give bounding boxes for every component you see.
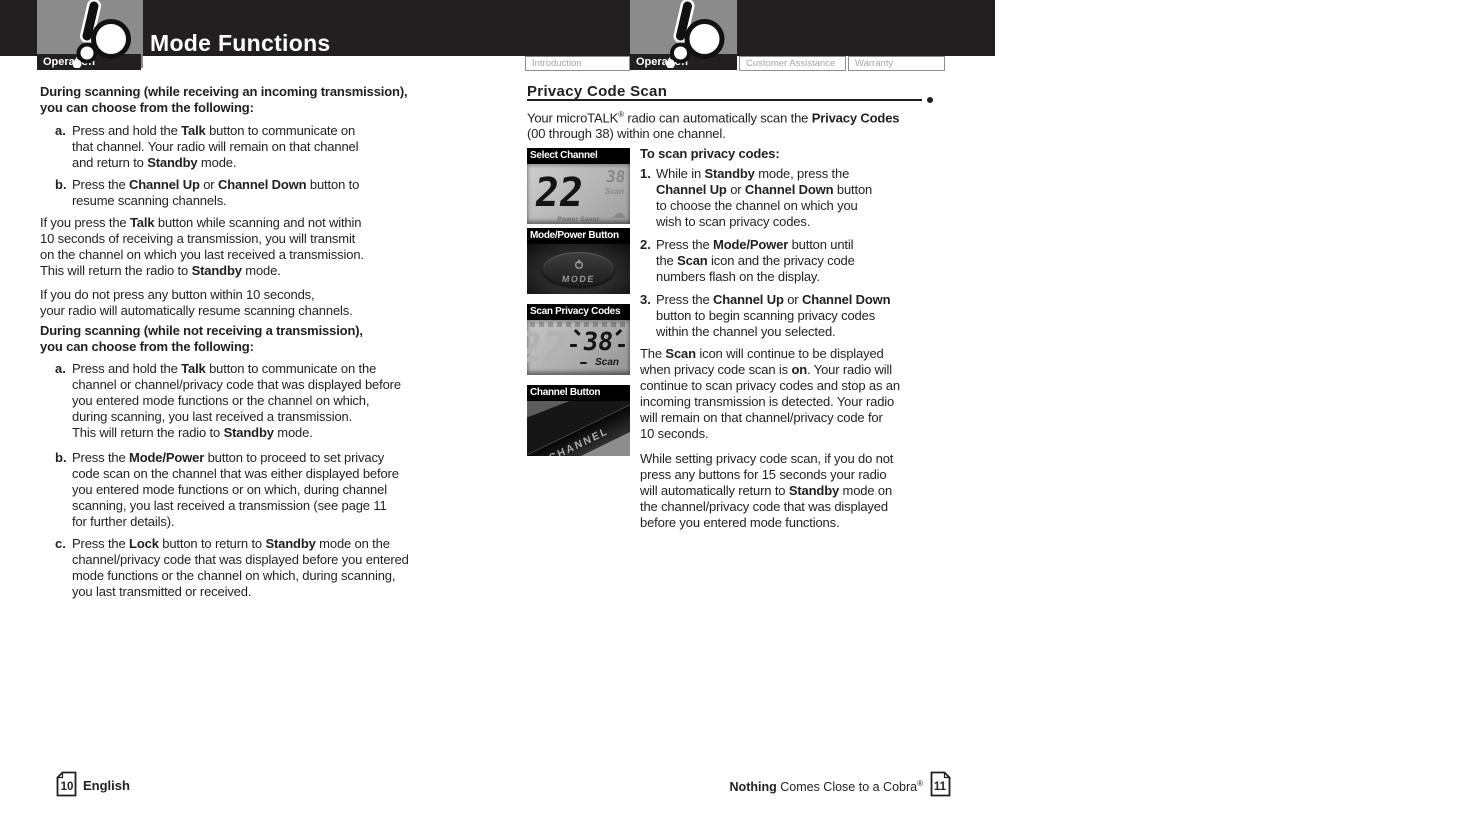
list-item-b: b. Press the Mode/Power button to procee… [55, 450, 470, 530]
step-text: Press the Channel Up or Channel Down but… [656, 292, 962, 340]
flash-tick [615, 329, 622, 336]
page-number: 11 [934, 781, 947, 793]
lead-paragraph: During scanning (while receiving an inco… [40, 84, 480, 116]
heading-bullet [927, 97, 933, 103]
paragraph: While setting privacy code scan, if you … [640, 451, 970, 531]
paragraph: If you press the Talk button while scann… [40, 215, 480, 279]
list-item-text: Press and hold the Talk button to commun… [72, 361, 470, 441]
figure-mode-power-button: Mode/Power Button MODE [527, 228, 630, 294]
scan-indicator: Scan [595, 357, 619, 368]
step-text: Press the Mode/Power button until the Sc… [656, 237, 962, 285]
figure-label: Mode/Power Button [527, 228, 630, 244]
lcd-display: 22 38 Scan ☁ Power Saver [527, 164, 630, 224]
step-marker: 2. [640, 237, 651, 253]
step-1: 1. While in Standby mode, press the Chan… [640, 166, 962, 230]
figure-select-channel: Select Channel 22 38 Scan ☁ Power Saver [527, 148, 630, 224]
paragraph: The Scan icon will continue to be displa… [640, 346, 970, 442]
list-item-text: Press the Mode/Power button to proceed t… [72, 450, 470, 530]
list-item-text: Press the Lock button to return to Stand… [72, 536, 470, 600]
privacy-code-digits: 38 [581, 329, 614, 354]
step-text: While in Standby mode, press the Channel… [656, 166, 962, 230]
photo-wedge [527, 401, 575, 419]
cobra-logo-icon [37, 0, 143, 68]
privacy-code-digits: 38 [605, 169, 626, 185]
language-label: English [83, 778, 130, 793]
steps-heading: To scan privacy codes: [640, 146, 960, 162]
flash-tick [570, 344, 577, 347]
list-marker: c. [55, 536, 66, 552]
step-marker: 1. [640, 166, 651, 182]
power-icon [574, 259, 584, 269]
list-item-a: a. Press and hold the Talk button to com… [55, 123, 460, 171]
heading-rule [527, 99, 922, 101]
mode-button-label: MODE [542, 274, 614, 284]
figure-label: Channel Button [527, 385, 630, 401]
list-marker: b. [55, 450, 67, 466]
lcd-display: 22 38 Scan [527, 320, 630, 375]
mode-power-button: MODE [543, 252, 614, 286]
step-3: 3. Press the Channel Up or Channel Down … [640, 292, 962, 340]
channel-digits: 22 [533, 173, 586, 213]
lead-paragraph: During scanning (while not receiving a t… [40, 323, 480, 355]
step-marker: 3. [640, 292, 651, 308]
figure-scan-privacy-codes: Scan Privacy Codes 22 38 Scan [527, 304, 630, 375]
intro-paragraph: Your microTALK® radio can automatically … [527, 107, 962, 142]
tab-introduction: Introduction [525, 56, 630, 71]
list-marker: b. [55, 177, 67, 193]
button-photo: ◀ CHANNEL [527, 401, 630, 456]
button-photo: MODE [527, 244, 630, 294]
flash-tick [574, 329, 581, 336]
cobra-logo-icon [630, 0, 737, 68]
page-number-icon: 11 [930, 771, 951, 797]
list-item-c: c. Press the Lock button to return to St… [55, 536, 470, 600]
page-number-icon: 10 [56, 771, 77, 797]
step-2: 2. Press the Mode/Power button until the… [640, 237, 962, 285]
paragraph: If you do not press any button within 10… [40, 287, 480, 319]
list-marker: a. [55, 361, 66, 377]
tab-warranty: Warranty [848, 56, 945, 71]
list-item-text: Press the Channel Up or Channel Down but… [72, 177, 460, 209]
power-saver-label: Power Saver [527, 216, 630, 223]
section-heading: Privacy Code Scan [527, 83, 667, 100]
footer-tagline: Nothing Comes Close to a Cobra® [640, 779, 923, 794]
list-marker: a. [55, 123, 66, 139]
page-number: 10 [61, 781, 74, 793]
flash-tick [580, 362, 587, 365]
page-title: Mode Functions [150, 30, 331, 57]
scan-indicator: Scan [605, 187, 624, 196]
figure-label: Scan Privacy Codes [527, 304, 630, 320]
list-item-a: a. Press and hold the Talk button to com… [55, 361, 470, 441]
list-item-b: b. Press the Channel Up or Channel Down … [55, 177, 460, 209]
tab-customer-assistance: Customer Assistance [739, 56, 846, 71]
list-item-text: Press and hold the Talk button to commun… [72, 123, 460, 171]
figure-channel-button: Channel Button ◀ CHANNEL [527, 385, 630, 456]
figure-label: Select Channel [527, 148, 630, 164]
flash-tick [618, 344, 625, 347]
channel-digits-faint: 22 [527, 327, 570, 369]
